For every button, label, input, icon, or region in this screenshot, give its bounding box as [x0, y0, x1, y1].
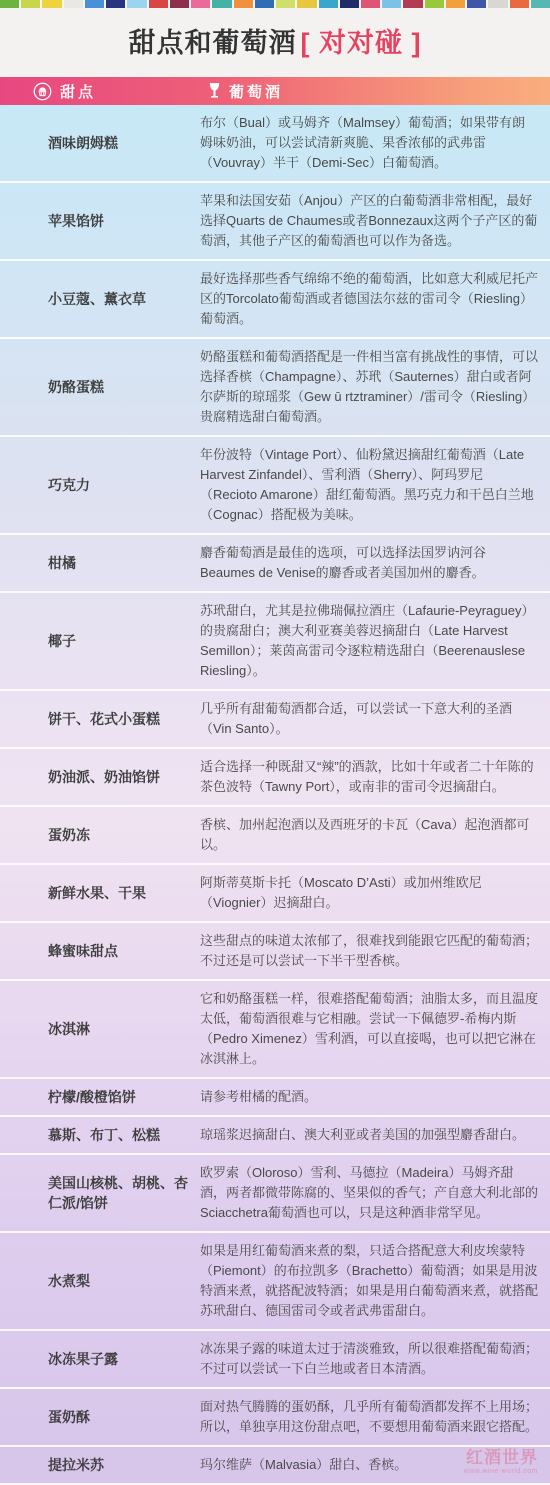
table-row: 巧克力年份波特（Vintage Port）、仙粉黛迟摘甜红葡萄酒（Late Ha…	[0, 437, 550, 535]
mosaic-tile	[467, 0, 486, 8]
dessert-name: 蛋奶酥	[0, 1407, 200, 1427]
table-row: 柠檬/酸橙馅饼请参考柑橘的配酒。	[0, 1079, 550, 1117]
mosaic-tile	[64, 0, 83, 8]
mosaic-tile	[425, 0, 444, 8]
wine-pairing: 几乎所有甜葡萄酒都合适，可以尝试一下意大利的圣酒（Vin Santo）。	[200, 699, 550, 739]
mosaic-tile	[127, 0, 146, 8]
table-row: 小豆蔻、薰衣草最好选择那些香气绵绵不绝的葡萄酒，比如意大利威尼托产区的Torco…	[0, 261, 550, 339]
wine-pairing: 最好选择那些香气绵绵不绝的葡萄酒，比如意大利威尼托产区的Torcolato葡萄酒…	[200, 269, 550, 329]
mosaic-tile	[234, 0, 253, 8]
page-title-main: 甜点和葡萄酒	[129, 28, 297, 58]
title-bar: 甜点和葡萄酒[ 对对碰 ]	[0, 8, 550, 77]
wine-pairing: 苹果和法国安茹（Anjou）产区的白葡萄酒非常相配，最好选择Quarts de …	[200, 191, 550, 251]
mosaic-tile	[382, 0, 401, 8]
dessert-name: 柑橘	[0, 553, 200, 573]
wine-pairing: 面对热气腾腾的蛋奶酥，几乎所有葡萄酒都发挥不上用场；所以，单独享用这份甜点吧，不…	[200, 1397, 550, 1437]
dessert-name: 新鲜水果、干果	[0, 883, 200, 903]
mosaic-tile	[106, 0, 125, 8]
table-row: 椰子苏玳甜白，尤其是拉佛瑞佩拉酒庄（Lafaurie-Peyraguey）的贵腐…	[0, 593, 550, 691]
table-row: 冰淇淋它和奶酪蛋糕一样，很难搭配葡萄酒；油脂太多，而且温度太低，葡萄酒很难与它相…	[0, 981, 550, 1079]
wine-pairing: 如果是用红葡萄酒来煮的梨，只适合搭配意大利皮埃蒙特（Piemont）的布拉凯多（…	[200, 1241, 550, 1321]
cupcake-icon	[33, 82, 52, 101]
mosaic-tile	[446, 0, 465, 8]
dessert-name: 巧克力	[0, 475, 200, 495]
dessert-name: 苹果馅饼	[0, 211, 200, 231]
wine-pairing: 玛尔维萨（Malvasia）甜白、香槟。	[200, 1455, 550, 1475]
wine-glass-icon	[208, 82, 221, 101]
mosaic-tile	[21, 0, 40, 8]
table-row: 蛋奶冻香槟、加州起泡酒以及西班牙的卡瓦（Cava）起泡酒都可以。	[0, 807, 550, 865]
dessert-name: 冰冻果子露	[0, 1349, 200, 1369]
table-row: 奶油派、奶油馅饼适合选择一种既甜又“辣”的酒款，比如十年或者二十年陈的茶色波特（…	[0, 749, 550, 807]
mosaic-tile	[297, 0, 316, 8]
wine-pairing: 年份波特（Vintage Port）、仙粉黛迟摘甜红葡萄酒（Late Harve…	[200, 445, 550, 525]
table-row: 蛋奶酥面对热气腾腾的蛋奶酥，几乎所有葡萄酒都发挥不上用场；所以，单独享用这份甜点…	[0, 1389, 550, 1447]
dessert-name: 蜂蜜味甜点	[0, 941, 200, 961]
dessert-name: 奶酪蛋糕	[0, 377, 200, 397]
dessert-name: 蛋奶冻	[0, 825, 200, 845]
dessert-name: 酒味朗姆糕	[0, 133, 200, 153]
table-row: 饼干、花式小蛋糕几乎所有甜葡萄酒都合适，可以尝试一下意大利的圣酒（Vin San…	[0, 691, 550, 749]
table-row: 酒味朗姆糕布尔（Bual）或马姆齐（Malmsey）葡萄酒；如果带有朗姆味奶油，…	[0, 105, 550, 183]
table-row: 奶酪蛋糕奶酪蛋糕和葡萄酒搭配是一件相当富有挑战性的事情，可以选择香槟（Champ…	[0, 339, 550, 437]
wine-pairing: 适合选择一种既甜又“辣”的酒款，比如十年或者二十年陈的茶色波特（Tawny Po…	[200, 757, 550, 797]
dessert-name: 水煮梨	[0, 1271, 200, 1291]
table-row: 慕斯、布丁、松糕琼瑶浆迟摘甜白、澳大利亚或者美国的加强型麝香甜白。	[0, 1117, 550, 1155]
table-header: 甜点 葡萄酒	[0, 77, 550, 105]
wine-pairing: 请参考柑橘的配酒。	[200, 1087, 550, 1107]
mosaic-tile	[340, 0, 359, 8]
wine-pairing: 奶酪蛋糕和葡萄酒搭配是一件相当富有挑战性的事情，可以选择香槟（Champagne…	[200, 347, 550, 427]
decorative-mosaic-strip	[0, 0, 550, 8]
mosaic-tile	[361, 0, 380, 8]
column-header-wine-label: 葡萄酒	[229, 81, 283, 102]
wine-pairing: 香槟、加州起泡酒以及西班牙的卡瓦（Cava）起泡酒都可以。	[200, 815, 550, 855]
dessert-name: 冰淇淋	[0, 1019, 200, 1039]
table-row: 新鲜水果、干果阿斯蒂莫斯卡托（Moscato D’Asti）或加州维欧尼（Vio…	[0, 865, 550, 923]
page-title: 甜点和葡萄酒[ 对对碰 ]	[0, 21, 550, 60]
column-header-dessert-label: 甜点	[60, 81, 96, 102]
wine-pairing: 这些甜点的味道太浓郁了，很难找到能跟它匹配的葡萄酒；不过还是可以尝试一下半干型香…	[200, 931, 550, 971]
mosaic-tile	[149, 0, 168, 8]
dessert-name: 小豆蔻、薰衣草	[0, 289, 200, 309]
pairing-table-body: 酒味朗姆糕布尔（Bual）或马姆齐（Malmsey）葡萄酒；如果带有朗姆味奶油，…	[0, 105, 550, 1485]
mosaic-tile	[212, 0, 231, 8]
table-row: 美国山核桃、胡桃、杏仁派/馅饼欧罗索（Oloroso）雪利、马德拉（Madeir…	[0, 1155, 550, 1233]
dessert-name: 椰子	[0, 631, 200, 651]
dessert-name: 饼干、花式小蛋糕	[0, 709, 200, 729]
table-row: 柑橘麝香葡萄酒是最佳的选项，可以选择法国罗讷河谷Beaumes de Venis…	[0, 535, 550, 593]
table-row: 水煮梨如果是用红葡萄酒来煮的梨，只适合搭配意大利皮埃蒙特（Piemont）的布拉…	[0, 1233, 550, 1331]
mosaic-tile	[276, 0, 295, 8]
table-row: 提拉米苏玛尔维萨（Malvasia）甜白、香槟。	[0, 1447, 550, 1485]
mosaic-tile	[255, 0, 274, 8]
mosaic-tile	[403, 0, 422, 8]
page-title-accent: [ 对对碰 ]	[301, 28, 422, 58]
dessert-name: 奶油派、奶油馅饼	[0, 767, 200, 787]
wine-pairing: 阿斯蒂莫斯卡托（Moscato D’Asti）或加州维欧尼（Viognier）迟…	[200, 873, 550, 913]
infographic-page: 甜点和葡萄酒[ 对对碰 ] 甜点 葡萄酒 酒味朗姆糕布尔（Bu	[0, 0, 550, 1485]
wine-pairing: 苏玳甜白，尤其是拉佛瑞佩拉酒庄（Lafaurie-Peyraguey）的贵腐甜白…	[200, 601, 550, 681]
mosaic-tile	[510, 0, 529, 8]
column-header-dessert: 甜点	[0, 81, 200, 102]
wine-pairing: 布尔（Bual）或马姆齐（Malmsey）葡萄酒；如果带有朗姆味奶油，可以尝试清…	[200, 113, 550, 173]
dessert-name: 柠檬/酸橙馅饼	[0, 1087, 200, 1107]
mosaic-tile	[191, 0, 210, 8]
wine-pairing: 它和奶酪蛋糕一样，很难搭配葡萄酒；油脂太多，而且温度太低，葡萄酒很难与它相融。尝…	[200, 989, 550, 1069]
mosaic-tile	[42, 0, 61, 8]
wine-pairing: 麝香葡萄酒是最佳的选项，可以选择法国罗讷河谷Beaumes de Venise的…	[200, 543, 550, 583]
column-header-wine: 葡萄酒	[200, 81, 550, 102]
table-row: 蜂蜜味甜点这些甜点的味道太浓郁了，很难找到能跟它匹配的葡萄酒；不过还是可以尝试一…	[0, 923, 550, 981]
wine-pairing: 琼瑶浆迟摘甜白、澳大利亚或者美国的加强型麝香甜白。	[200, 1125, 550, 1145]
table-row: 冰冻果子露冰冻果子露的味道太过于清淡雅致，所以很难搭配葡萄酒；不过可以尝试一下白…	[0, 1331, 550, 1389]
mosaic-tile	[85, 0, 104, 8]
mosaic-tile	[488, 0, 507, 8]
dessert-name: 提拉米苏	[0, 1455, 200, 1475]
mosaic-tile	[531, 0, 550, 8]
mosaic-tile	[170, 0, 189, 8]
dessert-name: 美国山核桃、胡桃、杏仁派/馅饼	[0, 1173, 200, 1213]
mosaic-tile	[0, 0, 19, 8]
dessert-name: 慕斯、布丁、松糕	[0, 1125, 200, 1145]
wine-pairing: 冰冻果子露的味道太过于清淡雅致，所以很难搭配葡萄酒；不过可以尝试一下白兰地或者日…	[200, 1339, 550, 1379]
table-row: 苹果馅饼苹果和法国安茹（Anjou）产区的白葡萄酒非常相配，最好选择Quarts…	[0, 183, 550, 261]
wine-pairing: 欧罗索（Oloroso）雪利、马德拉（Madeira）马姆齐甜酒，两者都微带陈腐…	[200, 1163, 550, 1223]
mosaic-tile	[319, 0, 338, 8]
